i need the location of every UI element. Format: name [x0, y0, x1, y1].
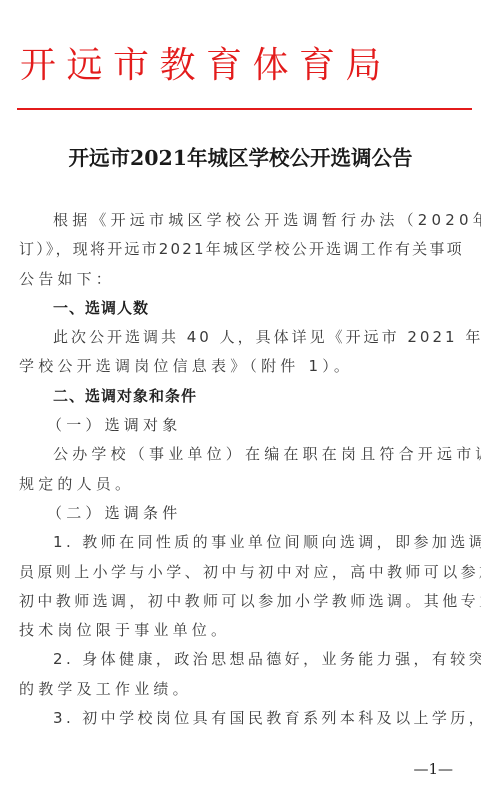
body-line: 学校公开选调岗位信息表》（附件 1）。 [19, 352, 453, 381]
issuer-heading: 开远市教育体育局 [20, 44, 440, 88]
red-header-rule [17, 108, 472, 110]
body-line: 3. 初中学校岗位具有国民教育系列本科及以上学历，小 [19, 704, 453, 733]
body-line: 此次公开选调共 40 人，具体详见《开远市 2021 年城区 [19, 323, 453, 352]
body-line: 规定的人员。 [19, 470, 453, 499]
body-line: 1. 教师在同性质的事业单位间顺向选调，即参加选调人 [19, 528, 453, 557]
body-line: 公办学校（事业单位）在编在职在岗且符合开远市调动 [19, 440, 453, 469]
body-line: 技术岗位限于事业单位。 [19, 616, 453, 645]
subsection-heading: （一）选调对象 [19, 411, 453, 440]
body-line: 订）》，现将开远市2021年城区学校公开选调工作有关事项 [19, 235, 453, 264]
body-line: 初中教师选调，初中教师可以参加小学教师选调。其他专业 [19, 587, 453, 616]
document-page: 开远市教育体育局 开远市2021年城区学校公开选调公告 根据《开远市城区学校公开… [0, 0, 481, 790]
document-body: 根据《开远市城区学校公开选调暂行办法（2020年修 订）》，现将开远市2021年… [19, 206, 453, 733]
body-line: 公告如下： [19, 265, 453, 294]
section-heading: 一、选调人数 [19, 294, 453, 323]
body-line: 根据《开远市城区学校公开选调暂行办法（2020年修 [19, 206, 453, 235]
body-line: 的教学及工作业绩。 [19, 675, 453, 704]
section-heading: 二、选调对象和条件 [19, 382, 453, 411]
body-line: 2. 身体健康，政治思想品德好，业务能力强，有较突出 [19, 645, 453, 674]
body-line: 员原则上小学与小学、初中与初中对应，高中教师可以参加 [19, 558, 453, 587]
document-title: 开远市2021年城区学校公开选调公告 [0, 142, 481, 174]
subsection-heading: （二）选调条件 [19, 499, 453, 528]
page-number: —1— [413, 760, 453, 778]
